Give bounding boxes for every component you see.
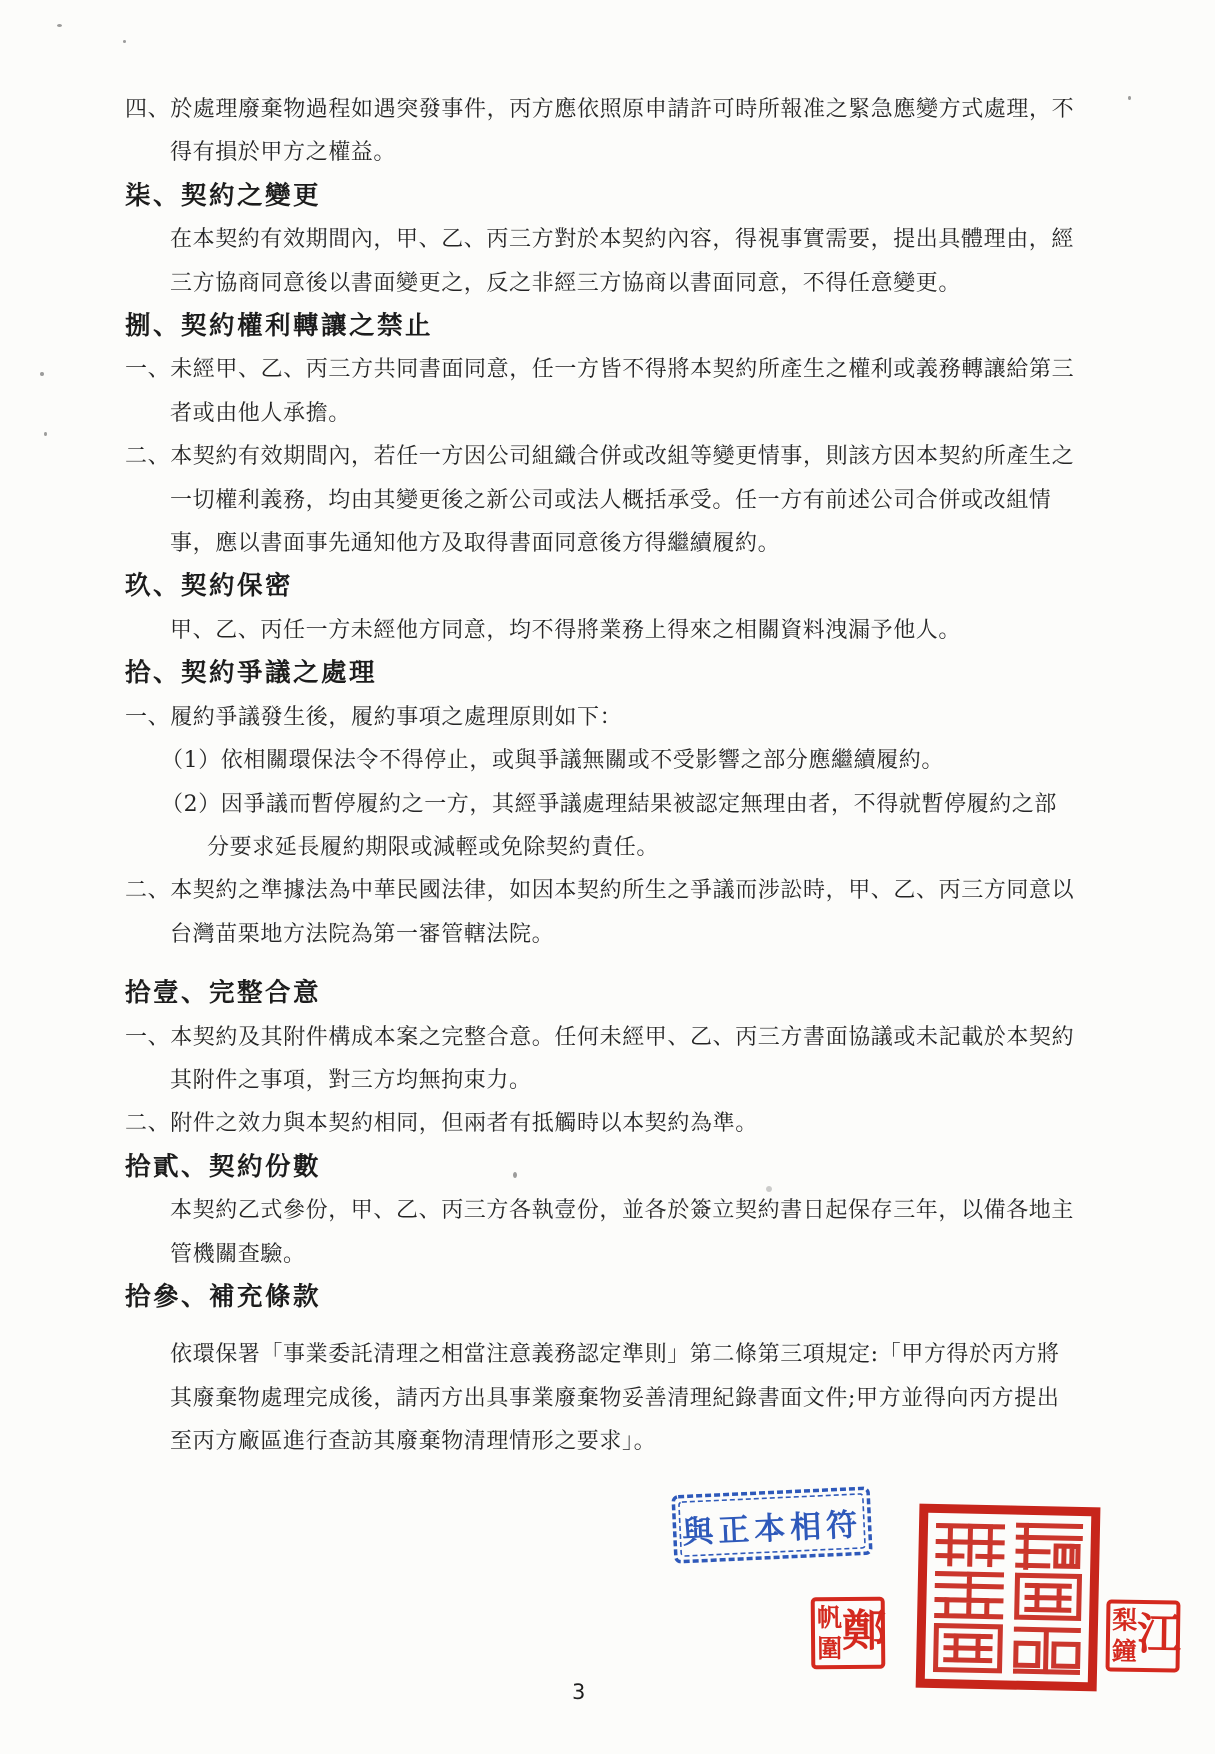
certified-copy-text: 與正本相符 — [681, 1498, 863, 1551]
section-heading: 玖、契約保密 — [125, 565, 1110, 608]
section-heading: 拾參、補充條款 — [125, 1276, 1110, 1319]
section-heading: 拾貳、契約份數 — [125, 1146, 1110, 1189]
section-heading: 捌、契約權利轉讓之禁止 — [125, 305, 1110, 348]
scan-speck — [123, 40, 126, 43]
clause-line: 一、本契約及其附件構成本案之完整合意。任何未經甲、乙、丙三方書面協議或未記載於本… — [125, 1016, 1110, 1059]
clause-line: 三方協商同意後以書面變更之，反之非經三方協商以書面同意，不得任意變更。 — [125, 262, 1110, 305]
scan-speck — [513, 1172, 517, 1178]
seal-left-column: 帆 圍 — [817, 1602, 843, 1664]
page-number: 3 — [572, 1680, 585, 1704]
scanned-contract-page: 四、於處理廢棄物過程如遇突發事件，丙方應依照原申請許可時所報准之緊急應變方式處理… — [0, 0, 1215, 1754]
scan-speck — [766, 1186, 772, 1192]
clause-line: （2）因爭議而暫停履約之一方，其經爭議處理結果被認定無理由者，不得就暫停履約之部 — [125, 783, 1110, 826]
clause-line: 至丙方廠區進行查訪其廢棄物清理情形之要求」。 — [125, 1420, 1110, 1463]
clause-line: 甲、乙、丙任一方未經他方同意，均不得將業務上得來之相關資料洩漏予他人。 — [125, 609, 1110, 652]
seal-right-column: 梨 鐘 — [1112, 1605, 1138, 1667]
clause-line: （1）依相關環保法令不得停止，或與爭議無關或不受影響之部分應繼續履約。 — [125, 739, 1110, 782]
seal-char: 鄭 — [842, 1602, 887, 1664]
personal-seal-left: 帆 圍 鄭 — [811, 1597, 886, 1670]
clause-line: 其附件之事項，對三方均無拘束力。 — [125, 1059, 1110, 1102]
personal-seal-right: 梨 鐘 江 — [1106, 1599, 1181, 1672]
seal-char: 圍 — [817, 1635, 842, 1663]
seal-char: 帆 — [817, 1604, 842, 1632]
clause-line: 分要求延長履約期限或減輕或免除契約責任。 — [125, 826, 1110, 869]
scan-speck — [44, 432, 47, 436]
clause-line: 本契約乙式參份，甲、乙、丙三方各執壹份，並各於簽立契約書日起保存三年，以備各地主 — [125, 1189, 1110, 1232]
clause-line: 一、未經甲、乙、丙三方共同書面同意，任一方皆不得將本契約所產生之權利或義務轉讓給… — [125, 348, 1110, 391]
scan-speck — [57, 24, 62, 27]
clause-line: 得有損於甲方之權益。 — [125, 131, 1110, 174]
clause-line: 一切權利義務，均由其變更後之新公司或法人概括承受。任一方有前述公司合併或改組情 — [125, 479, 1110, 522]
clause-line: 二、本契約有效期間內，若任一方因公司組織合併或改組等變更情事，則該方因本契約所產… — [125, 435, 1110, 478]
seal-char: 梨 — [1112, 1606, 1137, 1634]
company-seal-graphic — [915, 1503, 1101, 1692]
clause-line: 者或由他人承擔。 — [125, 392, 1110, 435]
clause-line: 二、本契約之準據法為中華民國法律，如因本契約所生之爭議而涉訟時，甲、乙、丙三方同… — [125, 869, 1110, 912]
clause-line: 在本契約有效期間內，甲、乙、丙三方對於本契約內容，得視事實需要，提出具體理由，經 — [125, 218, 1110, 261]
clause-line: 一、履約爭議發生後，履約事項之處理原則如下： — [125, 696, 1110, 739]
scan-speck — [1128, 96, 1131, 100]
seal-char: 江 — [1137, 1605, 1182, 1668]
scan-speck — [40, 372, 44, 376]
clause-line: 台灣苗栗地方法院為第一審管轄法院。 — [125, 913, 1110, 956]
clause-line: 二、附件之效力與本契約相同，但兩者有抵觸時以本契約為準。 — [125, 1102, 1110, 1145]
clause-line: 依環保署「事業委託清理之相當注意義務認定準則」第二條第三項規定:「甲方得於丙方將 — [125, 1333, 1110, 1376]
clause-line: 其廢棄物處理完成後，請丙方出具事業廢棄物妥善清理紀錄書面文件;甲方並得向丙方提出 — [125, 1377, 1110, 1420]
section-heading: 拾壹、完整合意 — [125, 972, 1110, 1015]
section-heading: 拾、契約爭議之處理 — [125, 652, 1110, 695]
company-seal — [915, 1503, 1101, 1696]
clause-line: 管機關查驗。 — [125, 1233, 1110, 1276]
certified-copy-stamp: 與正本相符 — [671, 1485, 874, 1564]
section-heading: 柒、契約之變更 — [125, 175, 1110, 218]
clause-line: 四、於處理廢棄物過程如遇突發事件，丙方應依照原申請許可時所報准之緊急應變方式處理… — [125, 88, 1110, 131]
seal-char: 鐘 — [1112, 1637, 1137, 1665]
contract-body: 四、於處理廢棄物過程如遇突發事件，丙方應依照原申請許可時所報准之緊急應變方式處理… — [125, 88, 1110, 1464]
clause-line: 事，應以書面事先通知他方及取得書面同意後方得繼續履約。 — [125, 522, 1110, 565]
